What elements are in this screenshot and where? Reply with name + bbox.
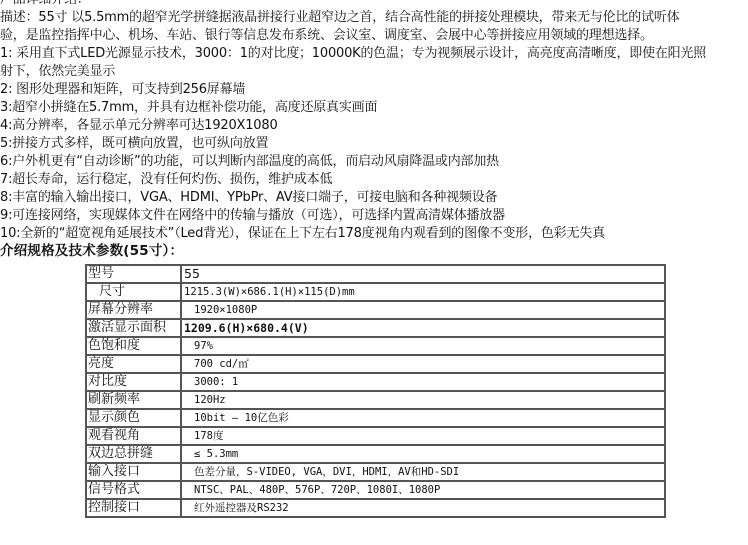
table-row: 信号格式 NTSC、PAL、480P、576P、720P、1080I、1080P bbox=[86, 481, 665, 499]
spec-value: 3000: 1 bbox=[181, 373, 665, 391]
spec-value: 700 cd/㎡ bbox=[181, 355, 665, 373]
table-row: 型号 55 bbox=[86, 265, 665, 283]
description-heading: 产品详细介绍： bbox=[0, 0, 748, 9]
spec-table: 型号 55 尺寸 1215.3(W)×686.1(H)×115(D)mm 屏幕分… bbox=[85, 264, 666, 518]
table-row: 尺寸 1215.3(W)×686.1(H)×115(D)mm bbox=[86, 283, 665, 301]
spec-label: 观看视角 bbox=[86, 427, 181, 445]
table-row: 屏幕分辨率 1920×1080P bbox=[86, 301, 665, 319]
description-line: 描述：55寸 以5.5mm的超窄光学拼缝据液晶拼接行业超窄边之首，结合高性能的拼… bbox=[0, 9, 748, 27]
spec-value: 97% bbox=[181, 337, 665, 355]
spec-value: 红外遥控器及RS232 bbox=[181, 499, 665, 517]
spec-label: 控制接口 bbox=[86, 499, 181, 517]
spec-label: 信号格式 bbox=[86, 481, 181, 499]
spec-label: 输入接口 bbox=[86, 463, 181, 481]
spec-label: 屏幕分辨率 bbox=[86, 301, 181, 319]
spec-section-title: 介绍规格及技术参数(55寸）： bbox=[0, 242, 183, 260]
spec-value: 55 bbox=[181, 265, 665, 283]
spec-value: NTSC、PAL、480P、576P、720P、1080I、1080P bbox=[181, 481, 665, 499]
table-row: 输入接口 色差分量，S-VIDEO, VGA，DVI，HDMI，AV和HD-SD… bbox=[86, 463, 665, 481]
description-line: 2: 图形处理器和矩阵，可支持到256屏幕墙 bbox=[0, 81, 748, 99]
table-row: 双边总拼缝 ≤ 5.3mm bbox=[86, 445, 665, 463]
description-line: 6:户外机更有“自动诊断”的功能，可以判断内部温度的高低，而启动风扇降温或内部加… bbox=[0, 153, 748, 171]
spec-value: 120Hz bbox=[181, 391, 665, 409]
description-line: 10:全新的“超宽视角延展技术”（Led背光），保证在上下左右178度视角内观看… bbox=[0, 225, 748, 243]
product-description: 产品详细介绍： 描述：55寸 以5.5mm的超窄光学拼缝据液晶拼接行业超窄边之首… bbox=[0, 0, 748, 243]
description-line: 4:高分辨率，各显示单元分辨率可达1920X1080 bbox=[0, 117, 748, 135]
table-row: 色饱和度 97% bbox=[86, 337, 665, 355]
table-row: 观看视角 178度 bbox=[86, 427, 665, 445]
table-row: 亮度 700 cd/㎡ bbox=[86, 355, 665, 373]
spec-value: 色差分量，S-VIDEO, VGA，DVI，HDMI，AV和HD-SDI bbox=[181, 463, 665, 481]
table-row: 刷新频率 120Hz bbox=[86, 391, 665, 409]
table-row: 激活显示面积 1209.6(H)×680.4(V) bbox=[86, 319, 665, 337]
spec-label: 显示颜色 bbox=[86, 409, 181, 427]
spec-label: 尺寸 bbox=[86, 283, 181, 301]
spec-value: 178度 bbox=[181, 427, 665, 445]
spec-value: 1920×1080P bbox=[181, 301, 665, 319]
description-line: 9:可连接网络，实现媒体文件在网络中的传输与播放（可选），可选择内置高清媒体播放… bbox=[0, 207, 748, 225]
spec-label: 对比度 bbox=[86, 373, 181, 391]
spec-label: 亮度 bbox=[86, 355, 181, 373]
description-line: 7:超长寿命，运行稳定，没有任何灼伤、损伤，维护成本低 bbox=[0, 171, 748, 189]
table-row: 对比度 3000: 1 bbox=[86, 373, 665, 391]
spec-label: 刷新频率 bbox=[86, 391, 181, 409]
spec-label: 型号 bbox=[86, 265, 181, 283]
description-line: 3:超窄小拼缝在5.7mm，并具有边框补偿功能，高度还原真实画面 bbox=[0, 99, 748, 117]
spec-value: ≤ 5.3mm bbox=[181, 445, 665, 463]
spec-value: 10bit – 10亿色彩 bbox=[181, 409, 665, 427]
table-row: 显示颜色 10bit – 10亿色彩 bbox=[86, 409, 665, 427]
spec-value: 1209.6(H)×680.4(V) bbox=[181, 319, 665, 337]
spec-value: 1215.3(W)×686.1(H)×115(D)mm bbox=[181, 283, 665, 301]
description-line: 5:拼接方式多样，既可横向放置，也可纵向放置 bbox=[0, 135, 748, 153]
description-line: 8:丰富的输入输出接口，VGA、HDMI、YPbPr、AV接口端子，可接电脑和各… bbox=[0, 189, 748, 207]
table-row: 控制接口 红外遥控器及RS232 bbox=[86, 499, 665, 517]
spec-label: 激活显示面积 bbox=[86, 319, 181, 337]
description-line: 1: 采用直下式LED光源显示技术，3000：1的对比度；10000K的色温；专… bbox=[0, 45, 748, 63]
spec-label: 色饱和度 bbox=[86, 337, 181, 355]
description-line: 验，是监控指挥中心、机场、车站、银行等信息发布系统、会议室、调度室、会展中心等拼… bbox=[0, 27, 748, 45]
description-line: 射下，依然完美显示 bbox=[0, 63, 748, 81]
spec-label: 双边总拼缝 bbox=[86, 445, 181, 463]
